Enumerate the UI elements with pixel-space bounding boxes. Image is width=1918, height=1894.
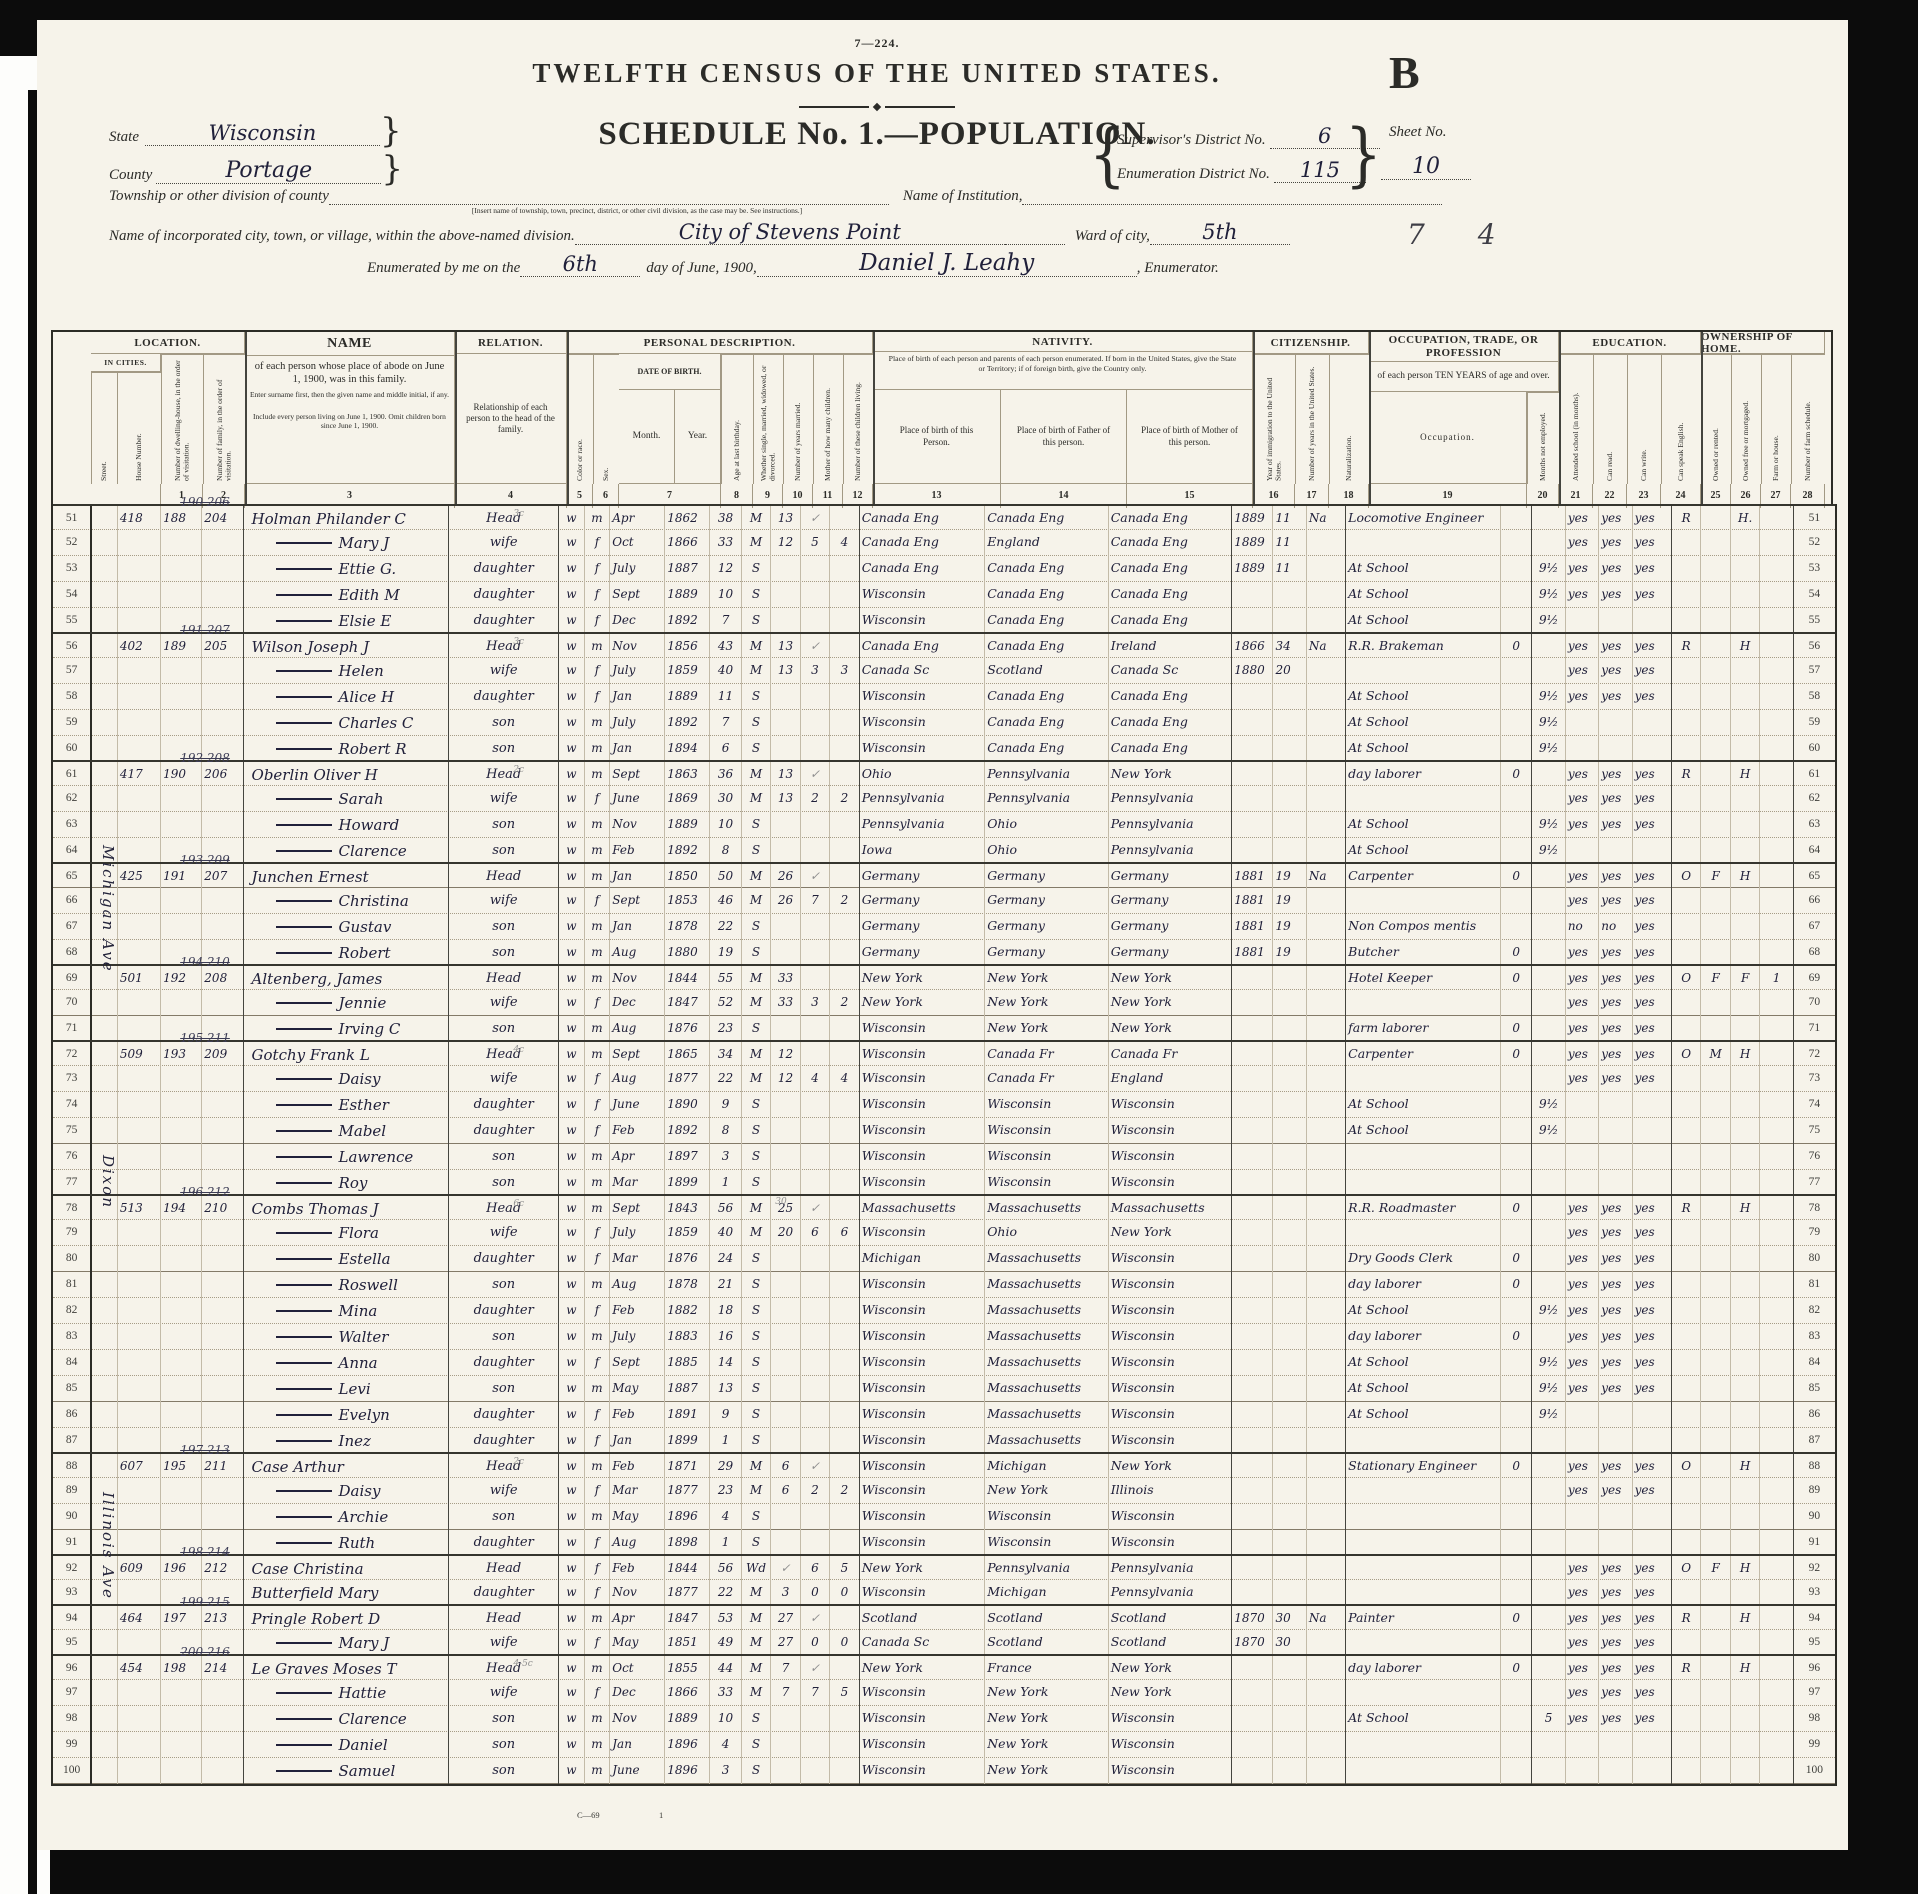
cell-name: Butterfield Mary <box>244 1580 450 1606</box>
cell-pf: Massachusetts <box>985 1402 1109 1428</box>
sx-value: f <box>595 1097 599 1111</box>
cell-mb: May <box>610 1504 665 1530</box>
yb-value: 1866 <box>667 1685 698 1699</box>
cell-cr: w <box>559 838 585 864</box>
cell-cr: w <box>559 1758 585 1784</box>
cell-mch <box>801 1530 830 1556</box>
cell-ow <box>1672 556 1701 582</box>
cell-rd: yes <box>1566 966 1599 992</box>
cell-yu: 19 <box>1273 914 1306 940</box>
cell-na <box>1307 736 1346 762</box>
cell-occ <box>1346 1220 1501 1246</box>
relation-value: wife <box>490 791 518 806</box>
cell-sx: m <box>585 1656 611 1682</box>
en-value: yes <box>1635 1611 1655 1625</box>
cell-fh <box>1731 1118 1760 1144</box>
cell-clv <box>830 1324 859 1350</box>
wr-value: yes <box>1601 1661 1621 1675</box>
cell-fs <box>1760 736 1793 762</box>
table-row: 58Alice HdaughterwfJan188911SWisconsinCa… <box>53 684 1835 710</box>
mb-value: Jan <box>612 741 632 755</box>
cell-pm: Canada Eng <box>1109 556 1233 582</box>
header-citizenship-title: CITIZENSHIP. <box>1253 332 1369 354</box>
cell-wr: yes <box>1599 812 1632 838</box>
cell-ow <box>1672 1324 1701 1350</box>
cell-fs <box>1760 914 1793 940</box>
cell-ym: 13 <box>771 762 800 788</box>
cell-fm: F <box>1701 1556 1730 1582</box>
cell-cr: w <box>559 1324 585 1350</box>
mb-value: Aug <box>612 1535 636 1549</box>
cell-fam <box>202 1324 243 1350</box>
house-value: 609 <box>120 1561 143 1575</box>
cell-pm: Pennsylvania <box>1109 1580 1233 1606</box>
cell-yu <box>1273 710 1306 736</box>
pm-value: New York <box>1111 1660 1172 1675</box>
cell-sx: m <box>585 966 611 992</box>
cell-yb: 1882 <box>665 1298 710 1324</box>
cell-fm <box>1701 786 1730 812</box>
pm-value: New York <box>1111 1020 1172 1035</box>
cell-ym <box>771 582 800 608</box>
state-brace: } <box>380 116 402 146</box>
house-value: 425 <box>120 869 143 883</box>
cell-ow <box>1672 684 1701 710</box>
cell-im <box>1232 1428 1273 1454</box>
cell-ow <box>1672 608 1701 634</box>
en-value: yes <box>1635 1561 1655 1575</box>
ditto-dash <box>276 594 332 596</box>
relation-value: daughter <box>474 1407 534 1422</box>
cell-ym: 12 <box>771 530 800 556</box>
cell-im <box>1232 710 1273 736</box>
cell-na <box>1307 888 1346 914</box>
cell-yu <box>1273 1016 1306 1042</box>
cell-pf: Wisconsin <box>985 1144 1109 1170</box>
cell-fs <box>1760 1092 1793 1118</box>
wr-value: yes <box>1601 1225 1621 1239</box>
yu-value: 20 <box>1275 663 1290 677</box>
cell-yu <box>1273 1220 1306 1246</box>
cell-sch: 9½ <box>1532 710 1565 736</box>
cell-fm <box>1701 888 1730 914</box>
cell-fm <box>1701 710 1730 736</box>
cell-dw <box>161 914 202 940</box>
sx-value: m <box>591 817 602 831</box>
cell-occ: Hotel Keeper <box>1346 966 1501 992</box>
cell-na <box>1307 812 1346 838</box>
mb-value: May <box>612 1635 638 1649</box>
cr-value: w <box>566 741 576 755</box>
cell-ym <box>771 1732 800 1758</box>
cr-value: w <box>566 995 576 1009</box>
fam-value: 208 <box>204 971 227 985</box>
cell-sx: m <box>585 1758 611 1784</box>
occ-value: At School <box>1348 612 1408 627</box>
pf-value: Wisconsin <box>987 1148 1051 1163</box>
age-value: 38 <box>718 511 733 525</box>
cell-sch <box>1532 1530 1565 1556</box>
age-value: 55 <box>718 971 733 985</box>
header-occupation-title: OCCUPATION, TRADE, OR PROFESSION <box>1369 332 1559 362</box>
cell-ow <box>1672 1504 1701 1530</box>
cell-pf: Massachusetts <box>985 1428 1109 1454</box>
cell-en: yes <box>1633 506 1672 532</box>
age-value: 10 <box>718 817 733 831</box>
cell-fh <box>1731 1092 1760 1118</box>
house-value: 509 <box>120 1047 143 1061</box>
ow-value: O <box>1681 1459 1691 1473</box>
cell-row-number-right: 55 <box>1794 608 1835 634</box>
cell-pm: Wisconsin <box>1109 1170 1233 1196</box>
ms-value: M <box>750 1071 762 1085</box>
cell-house: 609 <box>118 1556 161 1582</box>
sx-value: f <box>595 1433 599 1447</box>
mb-value: Feb <box>612 1123 634 1137</box>
cell-sch <box>1532 786 1565 812</box>
cell-ow <box>1672 990 1701 1016</box>
en-value: yes <box>1635 1459 1655 1473</box>
yb-value: 1876 <box>667 1021 698 1035</box>
cell-yu: 11 <box>1273 530 1306 556</box>
cell-wr <box>1599 608 1632 634</box>
cr-value: w <box>566 1763 576 1777</box>
person-name: Walter <box>339 1325 389 1349</box>
cell-ow: R <box>1672 506 1701 532</box>
wr-value: yes <box>1601 1303 1621 1317</box>
cell-occ <box>1346 658 1501 684</box>
cell-sch: 9½ <box>1532 838 1565 864</box>
sch-value: 9½ <box>1539 715 1558 729</box>
cell-rd: yes <box>1566 1272 1599 1298</box>
ward-field: 5th <box>1150 220 1290 245</box>
cell-fs <box>1760 1118 1793 1144</box>
cell-rd: yes <box>1566 1298 1599 1324</box>
cell-sch <box>1532 506 1565 532</box>
cell-yu <box>1273 1144 1306 1170</box>
cell-fh <box>1731 914 1760 940</box>
mne-value: 0 <box>1512 1611 1520 1625</box>
relation-value: daughter <box>474 587 534 602</box>
cell-im <box>1232 608 1273 634</box>
cell-mch <box>801 736 830 762</box>
cell-mb: Feb <box>610 1402 665 1428</box>
cell-pb: Wisconsin <box>860 1428 985 1454</box>
cr-value: w <box>566 1711 576 1725</box>
cell-age: 52 <box>710 990 741 1016</box>
cell-na <box>1307 530 1346 556</box>
cell-fm <box>1701 1478 1730 1504</box>
cell-age: 38 <box>710 506 741 532</box>
cell-fam <box>202 1144 243 1170</box>
cell-row-number-left: 89 <box>53 1478 92 1504</box>
pb-value: Wisconsin <box>862 1328 926 1343</box>
mne-value: 0 <box>1512 1661 1520 1675</box>
cell-ym: 12 <box>771 1066 800 1092</box>
scan-border-bottom <box>50 1850 1918 1894</box>
enumerated-label-3: , Enumerator. <box>1137 260 1219 277</box>
cell-row-number-right: 65 <box>1794 864 1835 890</box>
cell-rel: daughter <box>449 1350 559 1376</box>
pm-value: Massachusetts <box>1111 1200 1205 1215</box>
rd-value: yes <box>1568 1071 1588 1085</box>
occ-value: Carpenter <box>1348 1046 1413 1061</box>
relation-value: son <box>492 817 515 832</box>
cell-sch <box>1532 914 1565 940</box>
years-married-value: 6 <box>782 1459 790 1473</box>
cell-rel: son <box>449 1758 559 1784</box>
cr-value: w <box>566 1561 576 1575</box>
cell-yb: 1878 <box>665 1272 710 1298</box>
children-count-value: 3 <box>811 663 819 677</box>
cell-im <box>1232 1454 1273 1480</box>
cell-en: yes <box>1633 966 1672 992</box>
cell-en: yes <box>1633 762 1672 788</box>
ms-value: M <box>750 639 762 653</box>
pm-value: Wisconsin <box>1111 1710 1175 1725</box>
cell-rel: Head3c <box>449 506 559 532</box>
cell-im <box>1232 812 1273 838</box>
pb-value: Germany <box>862 868 920 883</box>
cell-age: 4 <box>710 1732 741 1758</box>
cell-rd: yes <box>1566 506 1599 532</box>
pf-value: Canada Fr <box>987 1046 1054 1061</box>
cell-cr: w <box>559 1504 585 1530</box>
mne-value: 0 <box>1512 639 1520 653</box>
cell-pf: France <box>985 1656 1109 1682</box>
pf-value: Canada Eng <box>987 740 1064 755</box>
occ-value: At School <box>1348 1710 1408 1725</box>
cell-mch <box>801 1732 830 1758</box>
clv-value: 5 <box>841 1561 849 1575</box>
cell-na <box>1307 1402 1346 1428</box>
children-count-value: 2 <box>811 791 819 805</box>
cell-house: 501 <box>118 966 161 992</box>
ms-value: M <box>750 1201 762 1215</box>
cell-clv <box>830 506 859 532</box>
cell-pm: Canada Eng <box>1109 582 1233 608</box>
sch-value: 9½ <box>1539 741 1558 755</box>
en-value: yes <box>1635 1635 1655 1649</box>
cell-pm: Wisconsin <box>1109 1428 1233 1454</box>
cell-house <box>118 530 161 556</box>
cell-ms: S <box>742 1758 771 1784</box>
cell-rd <box>1566 1504 1599 1530</box>
cell-rd: yes <box>1566 658 1599 684</box>
cell-yu <box>1273 1478 1306 1504</box>
table-row: 79FlorawifewfJuly185940M2066WisconsinOhi… <box>53 1220 1835 1246</box>
years-married-value: 13 <box>778 767 793 781</box>
cell-house <box>118 1118 161 1144</box>
header-free-mortgaged: Owned free or mortgaged. <box>1731 354 1761 484</box>
ms-value: M <box>750 1225 762 1239</box>
sch-value: 9½ <box>1539 1355 1558 1369</box>
cell-fh: H <box>1731 1454 1760 1480</box>
mb-value: Feb <box>612 1459 634 1473</box>
cell-rel: wife <box>449 1630 559 1656</box>
cell-house <box>118 1350 161 1376</box>
cell-house <box>118 1402 161 1428</box>
cell-age: 7 <box>710 710 741 736</box>
cell-fs <box>1760 1706 1793 1732</box>
cell-im <box>1232 1196 1273 1222</box>
cell-fam: 209 <box>202 1042 243 1068</box>
cell-fh <box>1731 1428 1760 1454</box>
cell-fam: 207 <box>202 864 243 890</box>
rd-value: yes <box>1568 1047 1588 1061</box>
ms-value: M <box>750 1459 762 1473</box>
age-value: 56 <box>718 1561 733 1575</box>
pm-value: New York <box>1111 970 1172 985</box>
cell-im <box>1232 1656 1273 1682</box>
pf-value: New York <box>987 1482 1048 1497</box>
cell-clv <box>830 1016 859 1042</box>
en-value: yes <box>1635 561 1655 575</box>
mne-value: 0 <box>1512 767 1520 781</box>
cell-ms: S <box>742 940 771 966</box>
cell-cr: w <box>559 1556 585 1582</box>
cell-fs <box>1760 1530 1793 1556</box>
cell-rel: son <box>449 1324 559 1350</box>
cell-sch: 9½ <box>1532 582 1565 608</box>
cr-value: w <box>566 535 576 549</box>
cell-row-number-right: 54 <box>1794 582 1835 608</box>
cell-age: 22 <box>710 1066 741 1092</box>
cell-mb: Jan <box>610 914 665 940</box>
cell-fh <box>1731 684 1760 710</box>
ow-value: R <box>1682 1201 1691 1215</box>
pb-value: Germany <box>862 892 920 907</box>
ditto-dash <box>276 1002 332 1004</box>
cell-fs <box>1760 1556 1793 1582</box>
sx-value: m <box>591 639 602 653</box>
cell-dw <box>161 530 202 556</box>
header-can-read: Can read. <box>1593 354 1627 484</box>
cell-fm <box>1701 1732 1730 1758</box>
cell-rd: yes <box>1566 888 1599 914</box>
cell-mch <box>801 1706 830 1732</box>
sx-value: m <box>591 1201 602 1215</box>
cell-ms: S <box>742 1246 771 1272</box>
cell-pb: Germany <box>860 914 985 940</box>
cell-im <box>1232 1092 1273 1118</box>
cell-ym <box>771 940 800 966</box>
cell-ym <box>771 1402 800 1428</box>
cell-pm: Canada Eng <box>1109 608 1233 634</box>
cell-en <box>1633 838 1672 864</box>
cr-value: w <box>566 971 576 985</box>
wr-value: yes <box>1601 587 1621 601</box>
cell-pb: Wisconsin <box>860 1298 985 1324</box>
cr-value: w <box>566 1355 576 1369</box>
pf-value: Michigan <box>987 1584 1046 1599</box>
cell-row-number-left: 63 <box>53 812 92 838</box>
cell-sch: 9½ <box>1532 1298 1565 1324</box>
cell-rd <box>1566 710 1599 736</box>
im-value: 1881 <box>1234 869 1265 883</box>
cell-row-number-right: 79 <box>1794 1220 1835 1246</box>
cell-clv <box>830 1606 859 1632</box>
cell-dw: 197 <box>161 1606 202 1632</box>
relation-value: daughter <box>474 613 534 628</box>
cell-ow: O <box>1672 1454 1701 1480</box>
cell-ow <box>1672 1118 1701 1144</box>
cell-en: yes <box>1633 812 1672 838</box>
clv-value: 4 <box>841 535 849 549</box>
table-row: 100SamuelsonwmJune18963SWisconsinNew Yor… <box>53 1758 1835 1784</box>
cell-row-number-right: 80 <box>1794 1246 1835 1272</box>
cell-pb: Wisconsin <box>860 582 985 608</box>
mb-value: Jan <box>612 1737 632 1751</box>
cell-fh <box>1731 1066 1760 1092</box>
cell-pm: Wisconsin <box>1109 1402 1233 1428</box>
cell-en: yes <box>1633 1376 1672 1402</box>
cell-ms: S <box>742 914 771 940</box>
cell-pb: Wisconsin <box>860 1042 985 1068</box>
cell-mch: 7 <box>801 888 830 914</box>
cell-sch <box>1532 1580 1565 1606</box>
cell-row-number-right: 66 <box>1794 888 1835 914</box>
table-row: 96454198214Le Graves Moses THead4-5cwmOc… <box>53 1654 1835 1680</box>
cell-pf: Canada Eng <box>985 736 1109 762</box>
cell-cr: w <box>559 1246 585 1272</box>
sx-value: m <box>591 1149 602 1163</box>
cell-yu <box>1273 1706 1306 1732</box>
ditto-dash <box>276 1078 332 1080</box>
fh-value: H <box>1740 767 1750 781</box>
cell-fh <box>1731 940 1760 966</box>
pf-value: Pennsylvania <box>987 790 1070 805</box>
pb-value: Michigan <box>862 1250 921 1265</box>
cell-sch: 9½ <box>1532 556 1565 582</box>
cell-rel: wife <box>449 888 559 914</box>
cell-pf: Wisconsin <box>985 1118 1109 1144</box>
cell-row-number-left: 87 <box>53 1428 92 1454</box>
ditto-dash <box>276 1104 332 1106</box>
cell-cr: w <box>559 762 585 788</box>
cell-im <box>1232 1732 1273 1758</box>
wr-value: yes <box>1601 689 1621 703</box>
occ-value: Stationary Engineer <box>1348 1458 1476 1473</box>
cell-mne: 0 <box>1501 1606 1532 1632</box>
struck-renumbering: 194 210 <box>163 955 247 969</box>
pb-value: New York <box>862 1660 923 1675</box>
cell-pm: Canada Fr <box>1109 1042 1233 1068</box>
cell-ms: S <box>742 1706 771 1732</box>
cell-pb: Iowa <box>860 838 985 864</box>
ms-value: S <box>752 1509 760 1523</box>
cell-mb: Aug <box>610 1016 665 1042</box>
cell-sch <box>1532 1758 1565 1784</box>
cell-ym <box>771 1530 800 1556</box>
rd-value: no <box>1568 919 1583 933</box>
cell-cr: w <box>559 1092 585 1118</box>
cell-na <box>1307 710 1346 736</box>
cell-rd <box>1566 1732 1599 1758</box>
cell-ow <box>1672 710 1701 736</box>
cell-fs <box>1760 1042 1793 1068</box>
cell-row-number-left: 70 <box>53 990 92 1016</box>
cell-name: Helen <box>244 658 450 684</box>
cell-age: 55 <box>710 966 741 992</box>
cell-wr <box>1599 838 1632 864</box>
cell-im <box>1232 1350 1273 1376</box>
cell-rd <box>1566 1118 1599 1144</box>
person-name: Hattie <box>339 1681 387 1705</box>
person-name: Alice H <box>339 685 395 709</box>
wr-value: yes <box>1601 791 1621 805</box>
ms-value: M <box>750 995 762 1009</box>
